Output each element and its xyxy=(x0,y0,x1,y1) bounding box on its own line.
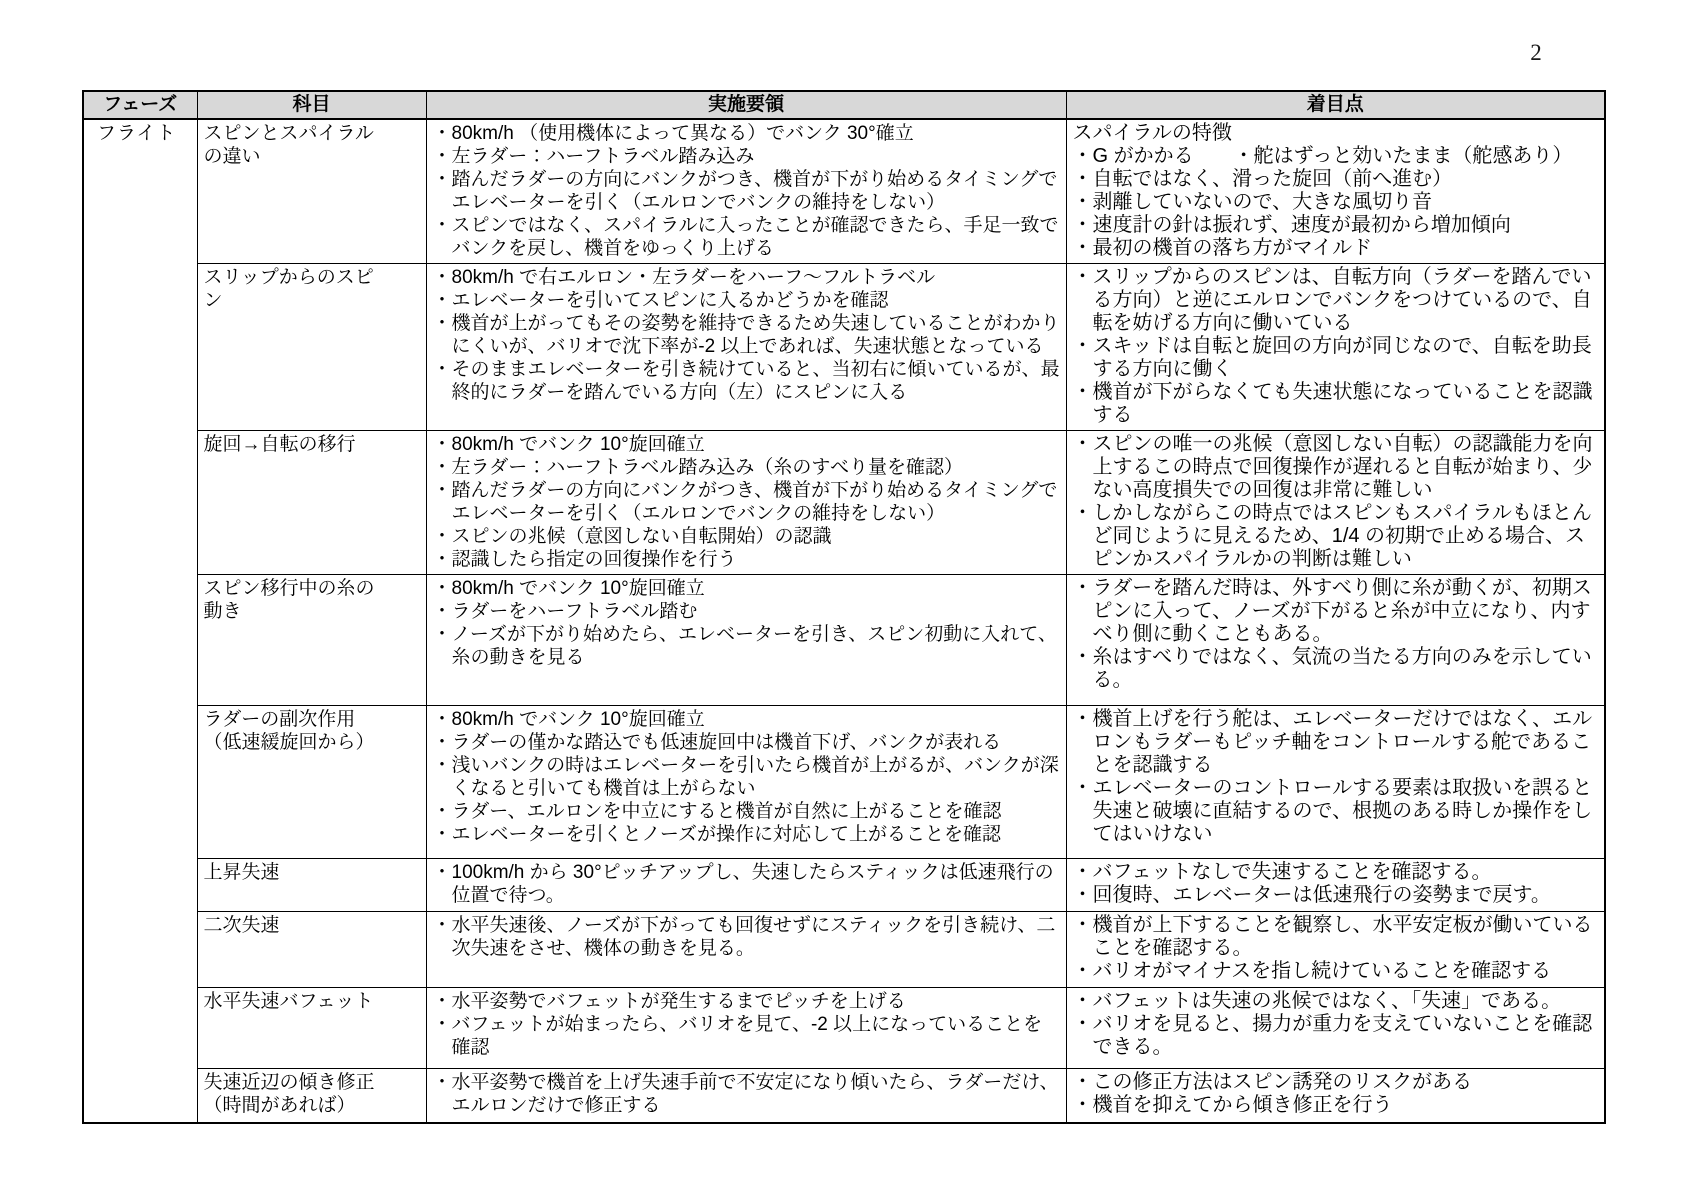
attention-item: ・スリップからのスピンは、自転方向（ラダーを踏んでいる方向）と逆にエルロンでバン… xyxy=(1073,266,1599,335)
table-row: 水平失速バフェット・水平姿勢でバフェットが発生するまでピッチを上げる・バフェット… xyxy=(83,988,1605,1069)
table-row: フライトスピンとスパイラル の違い・80km/h （使用機体によって異なる）でバ… xyxy=(83,119,1605,264)
attention-item: ・しかしながらこの時点ではスピンもスパイラルもほとんど同じように見えるため、1/… xyxy=(1073,502,1599,571)
procedure-item: ・左ラダー：ハーフトラベル踏み込み xyxy=(433,145,1060,168)
procedure-item: ・ラダーの僅かな踏込でも低速旋回中は機首下げ、バンクが表れる xyxy=(433,731,1060,754)
procedure-item: ・ノーズが下がり始めたら、エレベーターを引き、スピン初動に入れて、糸の動きを見る xyxy=(433,623,1060,669)
procedure-item: ・浅いバンクの時はエレベーターを引いたら機首が上がるが、バンクが深くなると引いて… xyxy=(433,754,1060,800)
attention-cell: ・機首が上下することを観察し、水平安定板が働いていることを確認する。・バリオがマ… xyxy=(1066,912,1605,988)
table-row: 旋回→自転の移行・80km/h でバンク 10°旋回確立・左ラダー：ハーフトラベ… xyxy=(83,431,1605,575)
subject-cell: 失速近辺の傾き修正 （時間があれば） xyxy=(197,1069,426,1124)
attention-item: ・この修正方法はスピン誘発のリスクがある xyxy=(1073,1071,1599,1094)
procedure-item: ・バフェットが始まったら、バリオを見て、-2 以上になっていることを確認 xyxy=(433,1013,1060,1059)
procedure-item: ・そのままエレベーターを引き続けていると、当初右に傾いているが、最終的にラダーを… xyxy=(433,358,1060,404)
attention-item: ・ラダーを踏んだ時は、外すべり側に糸が動くが、初期スピンに入って、ノーズが下がる… xyxy=(1073,577,1599,646)
header-procedure: 実施要領 xyxy=(426,91,1066,119)
table-row: 失速近辺の傾き修正 （時間があれば）・水平姿勢で機首を上げ失速手前で不安定になり… xyxy=(83,1069,1605,1124)
procedure-item: ・左ラダー：ハーフトラベル踏み込み（糸のすべり量を確認） xyxy=(433,456,1060,479)
procedure-cell: ・80km/h で右エルロン・左ラダーをハーフ～フルトラベル・エレベーターを引い… xyxy=(426,264,1066,431)
subject-cell: スピンとスパイラル の違い xyxy=(197,119,426,264)
procedure-item: ・踏んだラダーの方向にバンクがつき、機首が下がり始めるタイミングでエレベーターを… xyxy=(433,479,1060,525)
attention-item: ・バフェットなしで失速することを確認する。 xyxy=(1073,861,1599,884)
attention-item: ・スキッドは自転と旋回の方向が同じなので、自転を助長する方向に働く xyxy=(1073,335,1599,381)
header-phase: フェーズ xyxy=(83,91,197,119)
attention-item: ・剥離していないので、大きな風切り音 xyxy=(1073,191,1599,214)
attention-item: ・回復時、エレベーターは低速飛行の姿勢まで戻す。 xyxy=(1073,884,1599,907)
attention-item: ・機首を抑えてから傾き修正を行う xyxy=(1073,1094,1599,1117)
procedure-cell: ・100km/h から 30°ピッチアップし、失速したらスティックは低速飛行の位… xyxy=(426,859,1066,912)
procedure-cell: ・水平姿勢で機首を上げ失速手前で不安定になり傾いたら、ラダーだけ、エルロンだけで… xyxy=(426,1069,1066,1124)
attention-item: ・バリオがマイナスを指し続けていることを確認する xyxy=(1073,960,1599,983)
procedure-item: ・エレベーターを引くとノーズが操作に対応して上がることを確認 xyxy=(433,823,1060,846)
procedure-item: ・80km/h で右エルロン・左ラダーをハーフ～フルトラベル xyxy=(433,266,1060,289)
table-row: スピン移行中の糸の 動き・80km/h でバンク 10°旋回確立・ラダーをハーフ… xyxy=(83,575,1605,706)
procedure-item: ・踏んだラダーの方向にバンクがつき、機首が下がり始めるタイミングでエレベーターを… xyxy=(433,168,1060,214)
attention-cell: ・この修正方法はスピン誘発のリスクがある・機首を抑えてから傾き修正を行う xyxy=(1066,1069,1605,1124)
procedure-item: ・ラダーをハーフトラベル踏む xyxy=(433,600,1060,623)
procedure-item: ・80km/h （使用機体によって異なる）でバンク 30°確立 xyxy=(433,122,1060,145)
attention-cell: ・スピンの唯一の兆候（意図しない自転）の認識能力を向上するこの時点で回復操作が遅… xyxy=(1066,431,1605,575)
procedure-cell: ・80km/h でバンク 10°旋回確立・左ラダー：ハーフトラベル踏み込み（糸の… xyxy=(426,431,1066,575)
procedure-cell: ・水平失速後、ノーズが下がっても回復せずにスティックを引き続け、二次失速をさせ、… xyxy=(426,912,1066,988)
subject-cell: スリップからのスピ ン xyxy=(197,264,426,431)
attention-cell: ・ラダーを踏んだ時は、外すべり側に糸が動くが、初期スピンに入って、ノーズが下がる… xyxy=(1066,575,1605,706)
table-row: 上昇失速・100km/h から 30°ピッチアップし、失速したらスティックは低速… xyxy=(83,859,1605,912)
procedure-item: ・水平失速後、ノーズが下がっても回復せずにスティックを引き続け、二次失速をさせ、… xyxy=(433,914,1060,960)
procedure-item: ・水平姿勢で機首を上げ失速手前で不安定になり傾いたら、ラダーだけ、エルロンだけで… xyxy=(433,1071,1060,1117)
attention-cell: ・バフェットなしで失速することを確認する。・回復時、エレベーターは低速飛行の姿勢… xyxy=(1066,859,1605,912)
attention-item: ・最初の機首の落ち方がマイルド xyxy=(1073,237,1599,260)
subject-cell: 二次失速 xyxy=(197,912,426,988)
procedure-item: ・機首が上がってもその姿勢を維持できるため失速していることがわかりにくいが、バリ… xyxy=(433,312,1060,358)
procedure-cell: ・80km/h （使用機体によって異なる）でバンク 30°確立・左ラダー：ハーフ… xyxy=(426,119,1066,264)
header-attention: 着目点 xyxy=(1066,91,1605,119)
attention-cell: ・バフェットは失速の兆候ではなく、「失速」である。・バリオを見ると、揚力が重力を… xyxy=(1066,988,1605,1069)
procedure-item: ・100km/h から 30°ピッチアップし、失速したらスティックは低速飛行の位… xyxy=(433,861,1060,907)
table-row: ラダーの副次作用 （低速緩旋回から）・80km/h でバンク 10°旋回確立・ラ… xyxy=(83,706,1605,859)
procedure-item: ・スピンではなく、スパイラルに入ったことが確認できたら、手足一致でバンクを戻し、… xyxy=(433,214,1060,260)
procedure-cell: ・80km/h でバンク 10°旋回確立・ラダーをハーフトラベル踏む・ノーズが下… xyxy=(426,575,1066,706)
attention-item: ・機首が下がらなくても失速状態になっていることを認識する xyxy=(1073,381,1599,427)
procedure-item: ・80km/h でバンク 10°旋回確立 xyxy=(433,577,1060,600)
page-number: 2 xyxy=(1516,40,1556,66)
attention-item: ・自転ではなく、滑った旋回（前へ進む） xyxy=(1073,168,1599,191)
procedure-item: ・エレベーターを引いてスピンに入るかどうかを確認 xyxy=(433,289,1060,312)
attention-cell: ・機首上げを行う舵は、エレベーターだけではなく、エルロンもラダーもピッチ軸をコン… xyxy=(1066,706,1605,859)
attention-cell: ・スリップからのスピンは、自転方向（ラダーを踏んでいる方向）と逆にエルロンでバン… xyxy=(1066,264,1605,431)
attention-cell: スパイラルの特徴・G がかかる ・舵はずっと効いたまま（舵感あり）・自転ではなく… xyxy=(1066,119,1605,264)
procedure-item: ・水平姿勢でバフェットが発生するまでピッチを上げる xyxy=(433,990,1060,1013)
attention-item: ・エレベーターのコントロールする要素は取扱いを誤ると失速と破壊に直結するので、根… xyxy=(1073,777,1599,846)
attention-item: ・機首上げを行う舵は、エレベーターだけではなく、エルロンもラダーもピッチ軸をコン… xyxy=(1073,708,1599,777)
flight-training-table: フェーズ 科目 実施要領 着目点 フライトスピンとスパイラル の違い・80km/… xyxy=(82,90,1606,1124)
procedure-cell: ・80km/h でバンク 10°旋回確立・ラダーの僅かな踏込でも低速旋回中は機首… xyxy=(426,706,1066,859)
procedure-item: ・80km/h でバンク 10°旋回確立 xyxy=(433,433,1060,456)
subject-cell: 上昇失速 xyxy=(197,859,426,912)
procedure-item: ・80km/h でバンク 10°旋回確立 xyxy=(433,708,1060,731)
attention-item: スパイラルの特徴 xyxy=(1073,122,1599,145)
attention-item: ・糸はすべりではなく、気流の当たる方向のみを示している。 xyxy=(1073,646,1599,692)
attention-item: ・G がかかる ・舵はずっと効いたまま（舵感あり） xyxy=(1073,145,1599,168)
subject-cell: スピン移行中の糸の 動き xyxy=(197,575,426,706)
attention-item: ・スピンの唯一の兆候（意図しない自転）の認識能力を向上するこの時点で回復操作が遅… xyxy=(1073,433,1599,502)
subject-cell: 水平失速バフェット xyxy=(197,988,426,1069)
document-page: 2 フェーズ 科目 実施要領 着目点 フライトスピンとスパイラル の違い・80k… xyxy=(0,0,1684,1191)
table-row: スリップからのスピ ン・80km/h で右エルロン・左ラダーをハーフ～フルトラベ… xyxy=(83,264,1605,431)
attention-item: ・バフェットは失速の兆候ではなく、「失速」である。 xyxy=(1073,990,1599,1013)
subject-cell: 旋回→自転の移行 xyxy=(197,431,426,575)
procedure-item: ・認識したら指定の回復操作を行う xyxy=(433,548,1060,571)
header-subject: 科目 xyxy=(197,91,426,119)
header-row: フェーズ 科目 実施要領 着目点 xyxy=(83,91,1605,119)
procedure-item: ・ラダー、エルロンを中立にすると機首が自然に上がることを確認 xyxy=(433,800,1060,823)
subject-cell: ラダーの副次作用 （低速緩旋回から） xyxy=(197,706,426,859)
attention-item: ・バリオを見ると、揚力が重力を支えていないことを確認できる。 xyxy=(1073,1013,1599,1059)
attention-item: ・機首が上下することを観察し、水平安定板が働いていることを確認する。 xyxy=(1073,914,1599,960)
procedure-cell: ・水平姿勢でバフェットが発生するまでピッチを上げる・バフェットが始まったら、バリ… xyxy=(426,988,1066,1069)
phase-cell: フライト xyxy=(83,119,197,1123)
procedure-item: ・スピンの兆候（意図しない自転開始）の認識 xyxy=(433,525,1060,548)
table-row: 二次失速・水平失速後、ノーズが下がっても回復せずにスティックを引き続け、二次失速… xyxy=(83,912,1605,988)
attention-item: ・速度計の針は振れず、速度が最初から増加傾向 xyxy=(1073,214,1599,237)
